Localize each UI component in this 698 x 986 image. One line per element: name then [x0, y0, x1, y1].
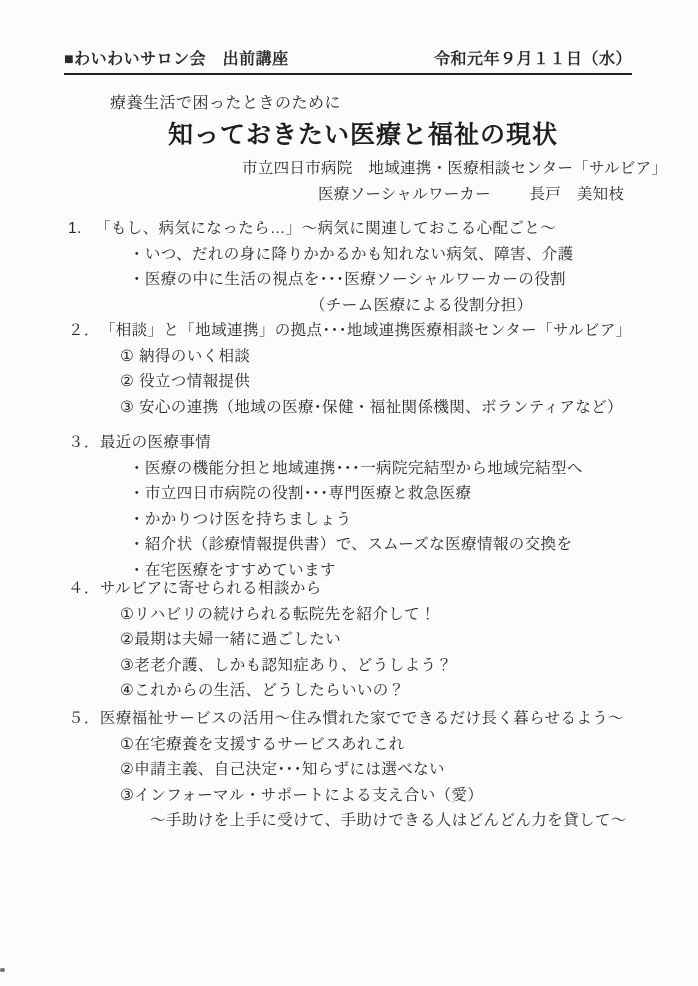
- scanned-handout-page: ■わいわいサロン会 出前講座 令和元年９月１１日（水） 療養生活で困ったときのた…: [0, 0, 698, 986]
- section-heading: 最近の医療事情: [100, 434, 211, 451]
- list-item: ①在宅療養を支援するサービスあれこれ: [68, 732, 684, 758]
- presenter-name: 長戸 美知枝: [529, 186, 624, 203]
- header-event-title: ■わいわいサロン会 出前講座: [64, 46, 289, 69]
- section-5: ５．医療福祉サービスの活用～住み慣れた家でできるだけ長く暮らせるよう～ ①在宅療…: [68, 706, 684, 834]
- list-item: ③ 安心の連携（地域の医療･保健・福祉関係機関、ボランティアなど）: [68, 395, 684, 421]
- list-item: ① 納得のいく相談: [68, 344, 684, 370]
- page-header: ■わいわいサロン会 出前講座 令和元年９月１１日（水）: [64, 46, 632, 75]
- list-item: ・医療の中に生活の視点を･･･医療ソーシャルワーカーの役割: [68, 267, 684, 293]
- presenter-role: 医療ソーシャルワーカー: [318, 186, 491, 203]
- list-item: ①リハビリの続けられる転院先を紹介して！: [68, 602, 684, 628]
- presenter-line: 医療ソーシャルワーカー 長戸 美知枝: [318, 182, 624, 204]
- list-item: ④これからの生活、どうしたらいいの？: [68, 678, 684, 704]
- section-3-heading-row: ３．最近の医療事情: [68, 430, 684, 456]
- list-item: ・かかりつけ医を持ちましょう: [68, 507, 684, 533]
- section-heading: 「もし、病気になったら…」～病気に関連しておこる心配ごと～: [95, 220, 556, 237]
- list-item: ② 役立つ情報提供: [68, 369, 684, 395]
- section-1-heading-row: 1.「もし、病気になったら…」～病気に関連しておこる心配ごと～: [68, 216, 684, 242]
- list-item: ③インフォーマル・サポートによる支え合い（愛）: [68, 783, 684, 809]
- list-item: ・紹介状（診療情報提供書）で、スムーズな医療情報の交換を: [68, 532, 684, 558]
- section-heading: 医療福祉サービスの活用～住み慣れた家でできるだけ長く暮らせるよう～: [100, 710, 624, 727]
- section-5-heading-row: ５．医療福祉サービスの活用～住み慣れた家でできるだけ長く暮らせるよう～: [68, 706, 684, 732]
- section-2: ２．「相談」と「地域連携」の拠点･･･地域連携医療相談センター「サルビア」 ① …: [68, 318, 684, 420]
- list-item: （チーム医療による役割分担）: [68, 293, 684, 319]
- section-3: ３．最近の医療事情 ・医療の機能分担と地域連携･･･一病院完結型から地域完結型へ…: [68, 430, 684, 583]
- list-item: ②申請主義、自己決定･･･知らずには選べない: [68, 757, 684, 783]
- section-2-heading-row: ２．「相談」と「地域連携」の拠点･･･地域連携医療相談センター「サルビア」: [68, 318, 684, 344]
- list-item: ・医療の機能分担と地域連携･･･一病院完結型から地域完結型へ: [68, 456, 684, 482]
- document-title: 知っておきたい医療と福祉の現状: [168, 115, 558, 151]
- lead-text: 療養生活で困ったときのために: [110, 90, 341, 113]
- list-item: ・いつ、だれの身に降りかかるかも知れない病気、障害、介護: [68, 242, 684, 268]
- header-date: 令和元年９月１１日（水）: [434, 46, 632, 69]
- section-heading: サルビアに寄せられる相談から: [100, 580, 322, 597]
- scan-speck: [0, 968, 5, 972]
- section-number: ３．: [68, 430, 100, 456]
- list-item: ②最期は夫婦一緒に過ごしたい: [68, 627, 684, 653]
- list-item: ③老老介護、しかも認知症あり、どうしよう？: [68, 653, 684, 679]
- list-item: ・市立四日市病院の役割･･･専門医療と救急医療: [68, 481, 684, 507]
- section-4: ４．サルビアに寄せられる相談から ①リハビリの続けられる転院先を紹介して！ ②最…: [68, 576, 684, 704]
- section-number: ２．: [68, 318, 100, 344]
- section-heading: 「相談」と「地域連携」の拠点･･･地域連携医療相談センター「サルビア」: [100, 322, 632, 339]
- organization-line: 市立四日市病院 地域連携・医療相談センター「サルビア」: [242, 156, 667, 178]
- list-item: ～手助けを上手に受けて、手助けできる人はどんどん力を貸して～: [68, 808, 684, 834]
- section-number: ５．: [68, 706, 100, 732]
- section-number: 1.: [68, 216, 95, 242]
- section-number: ４．: [68, 576, 100, 602]
- section-1: 1.「もし、病気になったら…」～病気に関連しておこる心配ごと～ ・いつ、だれの身…: [68, 216, 684, 318]
- section-4-heading-row: ４．サルビアに寄せられる相談から: [68, 576, 684, 602]
